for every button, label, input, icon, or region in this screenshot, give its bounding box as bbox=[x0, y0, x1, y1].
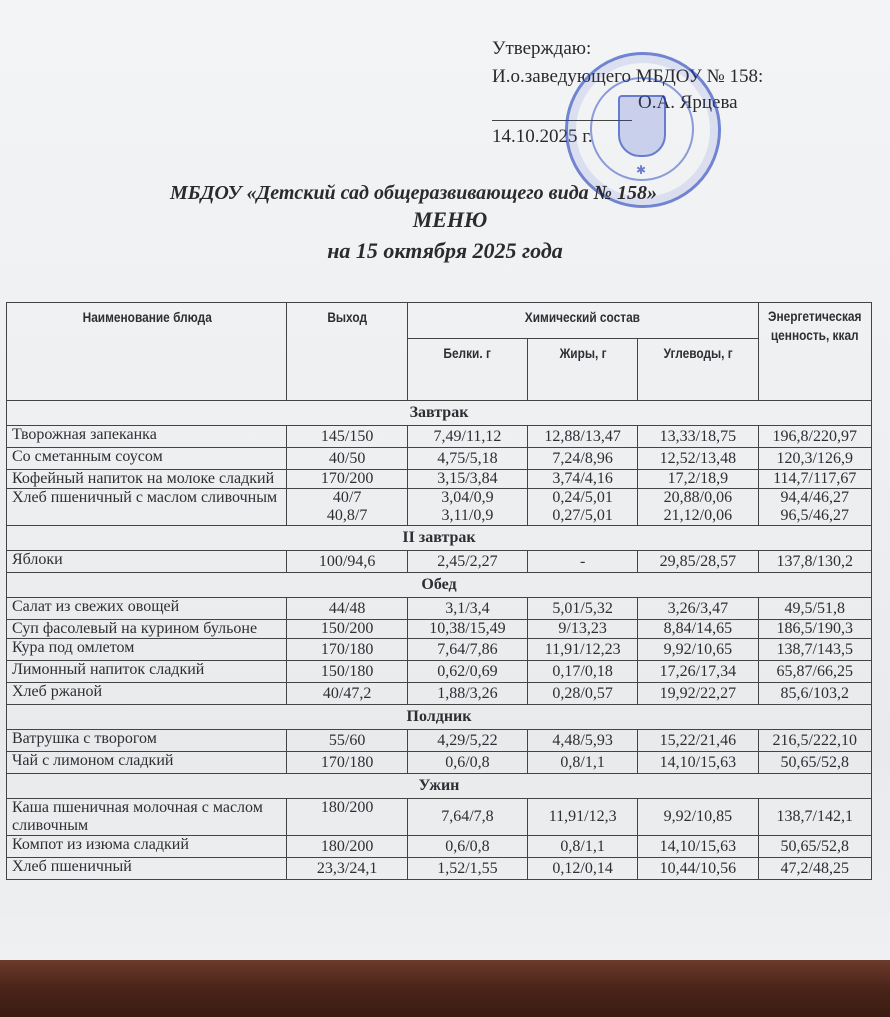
cell-fat: 7,24/8,96 bbox=[528, 448, 638, 470]
dish-name: Со сметанным соусом bbox=[7, 448, 287, 470]
cell-fat: 3,74/4,16 bbox=[528, 470, 638, 489]
cell-output: 170/180 bbox=[287, 752, 407, 774]
cell-output: 145/150 bbox=[287, 426, 407, 448]
coat-of-arms-icon bbox=[618, 95, 666, 157]
section-title: II завтрак bbox=[7, 526, 872, 551]
dish-name: Каша пшеничная молочная с маслом сливочн… bbox=[7, 799, 287, 836]
cell-energy: 186,5/190,3 bbox=[758, 620, 871, 639]
cell-output: 55/60 bbox=[287, 730, 407, 752]
cell-fat: 0,12/0,14 bbox=[528, 858, 638, 880]
table-row: Творожная запеканка145/1507,49/11,1212,8… bbox=[7, 426, 872, 448]
cell-fat: 0,8/1,1 bbox=[528, 752, 638, 774]
cell-carbs: 3,26/3,47 bbox=[638, 598, 758, 620]
header-fat: Жиры, г bbox=[534, 339, 631, 401]
table-row: Компот из изюма сладкий180/2000,6/0,80,8… bbox=[7, 836, 872, 858]
cell-output: 23,3/24,1 bbox=[287, 858, 407, 880]
menu-body: ЗавтракТворожная запеканка145/1507,49/11… bbox=[7, 401, 872, 880]
cell-energy: 50,65/52,8 bbox=[758, 836, 871, 858]
cell-fat: 11,91/12,3 bbox=[528, 799, 638, 836]
cell-protein: 7,49/11,12 bbox=[407, 426, 527, 448]
cell-output: 40/50 bbox=[287, 448, 407, 470]
dish-name: Лимонный напиток сладкий bbox=[7, 661, 287, 683]
cell-carbs: 15,22/21,46 bbox=[638, 730, 758, 752]
table-row: Хлеб пшеничный23,3/24,11,52/1,550,12/0,1… bbox=[7, 858, 872, 880]
table-row: Каша пшеничная молочная с маслом сливочн… bbox=[7, 799, 872, 836]
cell-energy: 196,8/220,97 bbox=[758, 426, 871, 448]
cell-protein: 2,45/2,27 bbox=[407, 551, 527, 573]
cell-fat: 9/13,23 bbox=[528, 620, 638, 639]
cell-fat: 0,28/0,57 bbox=[528, 683, 638, 705]
cell-carbs: 29,85/28,57 bbox=[638, 551, 758, 573]
cell-fat: 0,8/1,1 bbox=[528, 836, 638, 858]
table-row: Хлеб ржаной40/47,21,88/3,260,28/0,5719,9… bbox=[7, 683, 872, 705]
cell-energy: 137,8/130,2 bbox=[758, 551, 871, 573]
section-row: II завтрак bbox=[7, 526, 872, 551]
cell-output: 150/180 bbox=[287, 661, 407, 683]
header-chemical-composition: Химический состав bbox=[428, 303, 737, 339]
cell-fat: 12,88/13,47 bbox=[528, 426, 638, 448]
header-carbs: Углеводы, г bbox=[645, 339, 751, 401]
cell-energy: 94,4/46,27 96,5/46,27 bbox=[758, 489, 871, 526]
cell-output: 170/200 bbox=[287, 470, 407, 489]
dish-name: Чай с лимоном сладкий bbox=[7, 752, 287, 774]
cell-energy: 65,87/66,25 bbox=[758, 661, 871, 683]
dish-name: Хлеб пшеничный bbox=[7, 858, 287, 880]
cell-energy: 49,5/51,8 bbox=[758, 598, 871, 620]
dish-name: Кура под омлетом bbox=[7, 639, 287, 661]
cell-energy: 216,5/222,10 bbox=[758, 730, 871, 752]
star-icon: ✱ bbox=[636, 163, 646, 178]
cell-protein: 3,1/3,4 bbox=[407, 598, 527, 620]
cell-protein: 1,52/1,55 bbox=[407, 858, 527, 880]
dish-name: Творожная запеканка bbox=[7, 426, 287, 448]
background-surface bbox=[0, 960, 890, 1017]
table-row: Суп фасолевый на курином бульоне150/2001… bbox=[7, 620, 872, 639]
cell-output: 150/200 bbox=[287, 620, 407, 639]
cell-carbs: 13,33/18,75 bbox=[638, 426, 758, 448]
cell-carbs: 10,44/10,56 bbox=[638, 858, 758, 880]
cell-output: 100/94,6 bbox=[287, 551, 407, 573]
section-title: Полдник bbox=[7, 705, 872, 730]
cell-energy: 47,2/48,25 bbox=[758, 858, 871, 880]
section-row: Полдник bbox=[7, 705, 872, 730]
organization-name: МБДОУ «Детский сад общеразвивающего вида… bbox=[170, 182, 657, 205]
cell-fat: 5,01/5,32 bbox=[528, 598, 638, 620]
cell-carbs: 17,2/18,9 bbox=[638, 470, 758, 489]
dish-name: Хлеб ржаной bbox=[7, 683, 287, 705]
cell-fat: 4,48/5,93 bbox=[528, 730, 638, 752]
cell-protein: 7,64/7,86 bbox=[407, 639, 527, 661]
cell-fat: 0,24/5,01 0,27/5,01 bbox=[528, 489, 638, 526]
dish-name: Компот из изюма сладкий bbox=[7, 836, 287, 858]
dish-name: Суп фасолевый на курином бульоне bbox=[7, 620, 287, 639]
header-protein: Белки. г bbox=[414, 339, 520, 401]
header-dish-name: Наименование блюда bbox=[23, 303, 270, 401]
section-row: Обед bbox=[7, 573, 872, 598]
cell-fat: - bbox=[528, 551, 638, 573]
cell-output: 40/47,2 bbox=[287, 683, 407, 705]
cell-protein: 0,62/0,69 bbox=[407, 661, 527, 683]
table-row: Кофейный напиток на молоке сладкий170/20… bbox=[7, 470, 872, 489]
cell-protein: 0,6/0,8 bbox=[407, 752, 527, 774]
table-row: Яблоки100/94,62,45/2,27-29,85/28,57137,8… bbox=[7, 551, 872, 573]
section-title: Обед bbox=[7, 573, 872, 598]
cell-output: 40/7 40,8/7 bbox=[287, 489, 407, 526]
document-subtitle: на 15 октября 2025 года bbox=[0, 238, 890, 264]
dish-name: Хлеб пшеничный с маслом сливочным bbox=[7, 489, 287, 526]
table-row: Кура под омлетом170/1807,64/7,8611,91/12… bbox=[7, 639, 872, 661]
cell-energy: 50,65/52,8 bbox=[758, 752, 871, 774]
table-row: Лимонный напиток сладкий150/1800,62/0,69… bbox=[7, 661, 872, 683]
cell-carbs: 17,26/17,34 bbox=[638, 661, 758, 683]
cell-protein: 4,29/5,22 bbox=[407, 730, 527, 752]
cell-carbs: 12,52/13,48 bbox=[638, 448, 758, 470]
cell-carbs: 19,92/22,27 bbox=[638, 683, 758, 705]
cell-energy: 138,7/142,1 bbox=[758, 799, 871, 836]
dish-name: Яблоки bbox=[7, 551, 287, 573]
cell-energy: 114,7/117,67 bbox=[758, 470, 871, 489]
document-title: МЕНЮ bbox=[0, 207, 890, 233]
table-row: Чай с лимоном сладкий170/1800,6/0,80,8/1… bbox=[7, 752, 872, 774]
cell-output: 170/180 bbox=[287, 639, 407, 661]
cell-output: 180/200 bbox=[287, 836, 407, 858]
cell-protein: 4,75/5,18 bbox=[407, 448, 527, 470]
cell-carbs: 20,88/0,06 21,12/0,06 bbox=[638, 489, 758, 526]
cell-protein: 7,64/7,8 bbox=[407, 799, 527, 836]
section-title: Завтрак bbox=[7, 401, 872, 426]
section-row: Ужин bbox=[7, 774, 872, 799]
cell-protein: 3,15/3,84 bbox=[407, 470, 527, 489]
section-title: Ужин bbox=[7, 774, 872, 799]
cell-protein: 0,6/0,8 bbox=[407, 836, 527, 858]
cell-output: 180/200 bbox=[287, 799, 407, 836]
table-row: Ватрушка с творогом55/604,29/5,224,48/5,… bbox=[7, 730, 872, 752]
cell-carbs: 9,92/10,65 bbox=[638, 639, 758, 661]
menu-table: Наименование блюда Выход Химический сост… bbox=[6, 302, 872, 880]
dish-name: Салат из свежих овощей bbox=[7, 598, 287, 620]
cell-fat: 0,17/0,18 bbox=[528, 661, 638, 683]
cell-fat: 11,91/12,23 bbox=[528, 639, 638, 661]
cell-carbs: 9,92/10,85 bbox=[638, 799, 758, 836]
cell-energy: 85,6/103,2 bbox=[758, 683, 871, 705]
cell-protein: 1,88/3,26 bbox=[407, 683, 527, 705]
section-row: Завтрак bbox=[7, 401, 872, 426]
header-energy: Энергетическая ценность, ккал bbox=[765, 303, 865, 401]
cell-energy: 138,7/143,5 bbox=[758, 639, 871, 661]
cell-carbs: 14,10/15,63 bbox=[638, 836, 758, 858]
dish-name: Ватрушка с творогом bbox=[7, 730, 287, 752]
cell-carbs: 8,84/14,65 bbox=[638, 620, 758, 639]
dish-name: Кофейный напиток на молоке сладкий bbox=[7, 470, 287, 489]
header-output: Выход bbox=[294, 303, 400, 401]
table-row: Хлеб пшеничный с маслом сливочным40/7 40… bbox=[7, 489, 872, 526]
cell-protein: 3,04/0,9 3,11/0,9 bbox=[407, 489, 527, 526]
approval-heading: Утверждаю: bbox=[492, 36, 591, 62]
cell-energy: 120,3/126,9 bbox=[758, 448, 871, 470]
table-row: Салат из свежих овощей44/483,1/3,45,01/5… bbox=[7, 598, 872, 620]
cell-carbs: 14,10/15,63 bbox=[638, 752, 758, 774]
cell-output: 44/48 bbox=[287, 598, 407, 620]
table-row: Со сметанным соусом40/504,75/5,187,24/8,… bbox=[7, 448, 872, 470]
cell-protein: 10,38/15,49 bbox=[407, 620, 527, 639]
